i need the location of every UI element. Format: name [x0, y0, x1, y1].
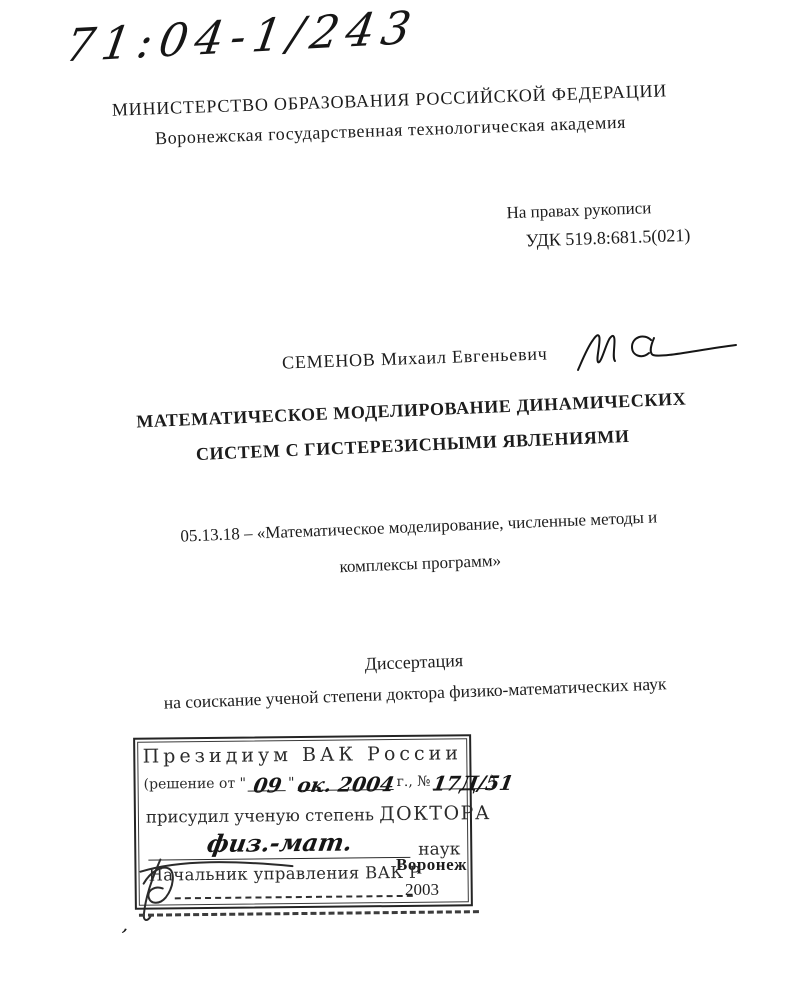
specialty-block: 05.13.18 – «Математическое моделирование… — [44, 493, 794, 597]
scan-artifact-mark: ’ — [118, 924, 129, 949]
thesis-block: Диссертация на соискание ученой степени … — [34, 637, 794, 718]
dissertation-title-page: 71:04-1/243 МИНИСТЕРСТВО ОБРАЗОВАНИЯ РОС… — [0, 0, 794, 1002]
udc-code: УДК 519.8:681.5(021) — [507, 225, 690, 252]
institution-header: МИНИСТЕРСТВО ОБРАЗОВАНИЯ РОССИЙСКОЙ ФЕДЕ… — [0, 76, 794, 155]
stamp-decision-prefix: (решение от " — [144, 776, 247, 793]
stamp-degree-line: присудил ученую степень ДОКТОРА — [146, 802, 470, 827]
author-signature-icon — [572, 326, 742, 376]
official-signature-icon — [130, 848, 301, 928]
author-name: СЕМЕНОВ Михаил Евгеньевич — [282, 343, 548, 373]
stamp-decision-number-field: 17Д/51 — [432, 773, 490, 790]
stamp-decision-mid: г., № — [396, 774, 430, 790]
stamp-decision-line: (решение от " 09 " ок. 2004 г., № 17Д/51… — [144, 773, 470, 792]
stamp-field-suffix: наук — [418, 839, 460, 859]
dissertation-title: МАТЕМАТИЧЕСКОЕ МОДЕЛИРОВАНИЕ ДИНАМИЧЕСКИ… — [29, 377, 794, 479]
stamp-decision-month-field: ок. 2004 — [297, 774, 393, 791]
catalog-number-handwritten: 71:04-1/243 — [62, 1, 422, 73]
stamp-degree-prefix: присудил ученую степень — [146, 805, 374, 826]
stamp-decision-day-handwritten: 09 — [252, 779, 282, 791]
stamp-degree-word: ДОКТОРА — [379, 802, 491, 825]
manuscript-rights-block: На правах рукописи УДК 519.8:681.5(021) — [506, 197, 690, 252]
stamp-title: Президиум ВАК России — [135, 742, 469, 767]
stamp-decision-number-handwritten: 17Д/51 — [431, 777, 514, 790]
stamp-decision-month-handwritten: ок. 2004 — [297, 778, 395, 791]
vak-stamp: Президиум ВАК России (решение от " 09 " … — [133, 734, 473, 910]
stamp-decision-day-field: 09 — [248, 775, 286, 791]
manuscript-note: На правах рукописи — [506, 198, 651, 223]
stamp-decision-quote: " — [288, 775, 295, 791]
